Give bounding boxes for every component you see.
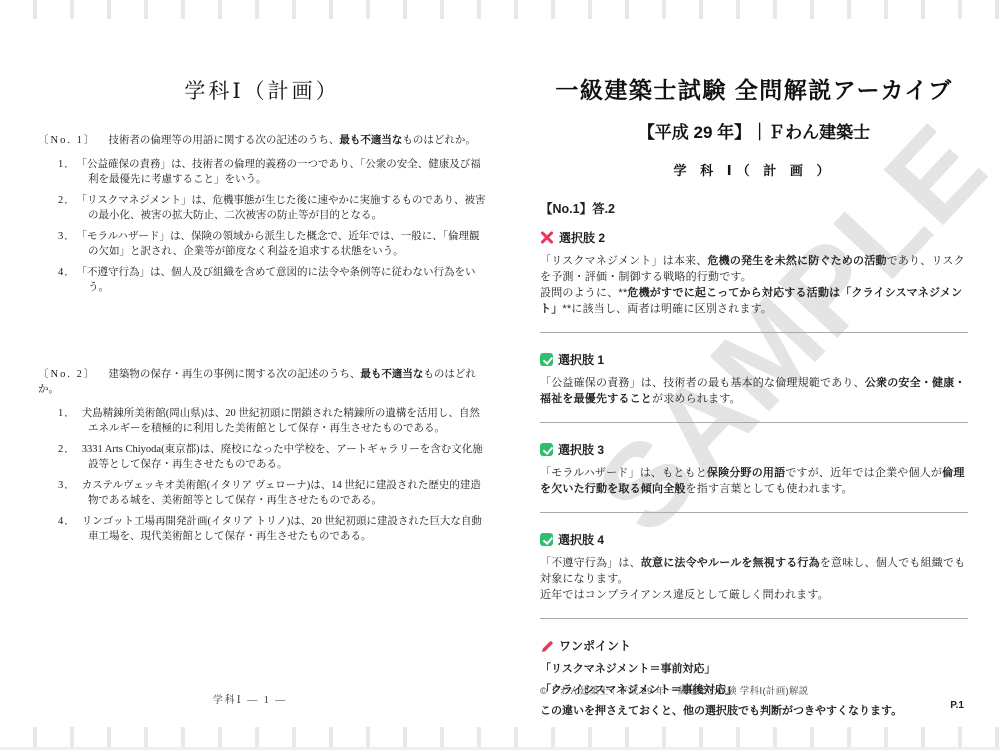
item-text: 「モラルハザード」は、保険の領域から派生した概念で、近年では、一般に、「倫理観の… bbox=[82, 231, 480, 257]
exam-questions: 〔No. 1〕技術者の倫理等の用語に関する次の記述のうち、最も不適当なものはどれ… bbox=[38, 133, 486, 544]
separator bbox=[540, 618, 968, 619]
archive-title: 一級建築士試験 全問解説アーカイブ bbox=[540, 72, 968, 105]
exam-page-footer: 学科Ⅰ ― 1 ― bbox=[0, 691, 500, 706]
item-text: 「公益確保の責務」は、技術者の倫理的義務の一つであり、「公衆の安全、健康及び福利… bbox=[82, 159, 481, 185]
choice-label: 選択肢 4 bbox=[558, 531, 604, 548]
item-text: 「不遵守行為」は、個人及び組織を含めて意図的に法令や条例等に従わない行為をいう。 bbox=[82, 267, 476, 293]
choice-text: 「不遵守行為」は、故意に法令やルールを無視する行為を意味し、個人でも組織でも対象… bbox=[540, 555, 968, 587]
question-header: 〔No. 1〕技術者の倫理等の用語に関する次の記述のうち、最も不適当なものはどれ… bbox=[38, 133, 486, 148]
item-text: 犬島精錬所美術館(岡山県)は、20 世紀初頭に閉鎖された精錬所の遺構を活用し、自… bbox=[82, 408, 480, 434]
item-text: カステルヴェッキオ美術館(イタリア ヴェローナ)は、14 世紀に建設された歴史的… bbox=[82, 480, 481, 506]
question-block: 〔No. 2〕建築物の保存・再生の事例に関する次の記述のうち、最も不適当なものは… bbox=[38, 367, 486, 544]
one-point-line: この違いを押さえておくと、他の選択肢でも判断がつきやすくなります。 bbox=[540, 703, 968, 719]
item-number: 4． bbox=[58, 516, 76, 527]
question-header: 〔No. 2〕建築物の保存・再生の事例に関する次の記述のうち、最も不適当なものは… bbox=[38, 367, 486, 397]
question-item: 3．カステルヴェッキオ美術館(イタリア ヴェローナ)は、14 世紀に建設された歴… bbox=[38, 478, 486, 508]
question-item: 3．「モラルハザード」は、保険の領域から派生した概念で、近年では、一般に、「倫理… bbox=[38, 229, 486, 259]
item-number: 3． bbox=[58, 231, 76, 242]
one-point-line: 「リスクマネジメント＝事前対応」 bbox=[540, 661, 968, 677]
question-block: 〔No. 1〕技術者の倫理等の用語に関する次の記述のうち、最も不適当なものはどれ… bbox=[38, 133, 486, 295]
question-item: 2．3331 Arts Chiyoda(東京都)は、廃校になった中学校を、アート… bbox=[38, 442, 486, 472]
check-icon bbox=[540, 443, 553, 456]
question-item: 4．「不遵守行為」は、個人及び組織を含めて意図的に法令や条例等に従わない行為をい… bbox=[38, 265, 486, 295]
subject-heading: 学 科 Ⅰ（ 計 画 ） bbox=[540, 160, 968, 179]
item-number: 4． bbox=[58, 267, 76, 278]
choice-header: 選択肢 2 bbox=[540, 229, 968, 246]
item-number: 3． bbox=[58, 480, 76, 491]
item-text: 「リスクマネジメント」は、危機事態が生じた後に速やかに実施するものであり、被害の… bbox=[82, 195, 486, 221]
choice-header: 選択肢 3 bbox=[540, 441, 968, 458]
question-item: 4．リンゴット工場再開発計画(イタリア トリノ)は、20 世紀初頭に建設された巨… bbox=[38, 514, 486, 544]
check-icon bbox=[540, 533, 553, 546]
question-item: 2．「リスクマネジメント」は、危機事態が生じた後に速やかに実施するものであり、被… bbox=[38, 193, 486, 223]
choice-block: 選択肢 1「公益確保の責務」は、技術者の最も基本的な倫理規範であり、公衆の安全・… bbox=[540, 351, 968, 407]
explanation-content: 一級建築士試験 全問解説アーカイブ 【平成 29 年】｜Ｆわん建築士 学 科 Ⅰ… bbox=[540, 72, 968, 719]
answer-explanation-page: SAMPLE 一級建築士試験 全問解説アーカイブ 【平成 29 年】｜Ｆわん建築… bbox=[500, 19, 1000, 727]
choice-text: 「リスクマネジメント」は本来、危機の発生を未然に防ぐための活動であり、リスクを予… bbox=[540, 253, 968, 285]
choice-block: 選択肢 2「リスクマネジメント」は本来、危機の発生を未然に防ぐための活動であり、… bbox=[540, 229, 968, 317]
item-number: 1． bbox=[58, 159, 76, 170]
answer-number-label: 【No.1】答.2 bbox=[540, 199, 968, 217]
item-number: 2． bbox=[58, 195, 76, 206]
choice-text: 「公益確保の責務」は、技術者の最も基本的な倫理規範であり、公衆の安全・健康・福祉… bbox=[540, 375, 968, 407]
choice-text: 設問のように、**危機がすでに起こってから対応する活動は「クライシスマネジメント… bbox=[540, 285, 968, 317]
one-point-label: ワンポイント bbox=[559, 637, 631, 654]
choice-label: 選択肢 1 bbox=[558, 351, 604, 368]
page-thumbnails-strip-top bbox=[0, 0, 1000, 19]
page-thumbnails-strip-bottom bbox=[0, 727, 1000, 750]
question-number: 〔No. 2〕 bbox=[38, 369, 96, 380]
choice-explanations: 選択肢 2「リスクマネジメント」は本来、危機の発生を未然に防ぐための活動であり、… bbox=[540, 229, 968, 619]
question-number: 〔No. 1〕 bbox=[38, 135, 96, 146]
choice-header: 選択肢 1 bbox=[540, 351, 968, 368]
choice-text: 「モラルハザード」は、もともと保険分野の用語ですが、近年では企業や個人が倫理を欠… bbox=[540, 465, 968, 497]
choice-block: 選択肢 3「モラルハザード」は、もともと保険分野の用語ですが、近年では企業や個人… bbox=[540, 441, 968, 497]
separator bbox=[540, 332, 968, 333]
one-point-header: ワンポイント bbox=[540, 637, 968, 654]
one-point-lines: 「リスクマネジメント＝事前対応」「クライシスマネジメント＝事後対応」この違いを押… bbox=[540, 661, 968, 719]
choice-label: 選択肢 2 bbox=[559, 229, 605, 246]
exam-page-title: 学科Ⅰ（計画） bbox=[38, 75, 486, 105]
question-item: 1．「公益確保の責務」は、技術者の倫理的義務の一つであり、「公衆の安全、健康及び… bbox=[38, 157, 486, 187]
exam-question-page: 学科Ⅰ（計画） 〔No. 1〕技術者の倫理等の用語に関する次の記述のうち、最も不… bbox=[0, 19, 500, 727]
check-icon bbox=[540, 353, 553, 366]
separator bbox=[540, 422, 968, 423]
cross-icon bbox=[540, 231, 554, 245]
archive-subtitle: 【平成 29 年】｜Ｆわん建築士 bbox=[540, 118, 968, 143]
item-text: 3331 Arts Chiyoda(東京都)は、廃校になった中学校を、アートギャ… bbox=[82, 444, 483, 470]
item-text: リンゴット工場再開発計画(イタリア トリノ)は、20 世紀初頭に建設された巨大な… bbox=[82, 516, 482, 542]
item-number: 2． bbox=[58, 444, 76, 455]
choice-header: 選択肢 4 bbox=[540, 531, 968, 548]
choice-block: 選択肢 4「不遵守行為」は、故意に法令やルールを無視する行為を意味し、個人でも組… bbox=[540, 531, 968, 603]
question-item: 1．犬島精錬所美術館(岡山県)は、20 世紀初頭に閉鎖された精錬所の遺構を活用し… bbox=[38, 406, 486, 436]
choice-text: 近年ではコンプライアンス違反として厳しく問われます。 bbox=[540, 587, 968, 603]
choice-label: 選択肢 3 bbox=[558, 441, 604, 458]
separator bbox=[540, 512, 968, 513]
item-number: 1． bbox=[58, 408, 76, 419]
pen-icon bbox=[540, 639, 554, 653]
one-point-line: 「クライシスマネジメント＝事後対応」 bbox=[540, 682, 968, 698]
one-point-section: ワンポイント 「リスクマネジメント＝事前対応」「クライシスマネジメント＝事後対応… bbox=[540, 637, 968, 719]
